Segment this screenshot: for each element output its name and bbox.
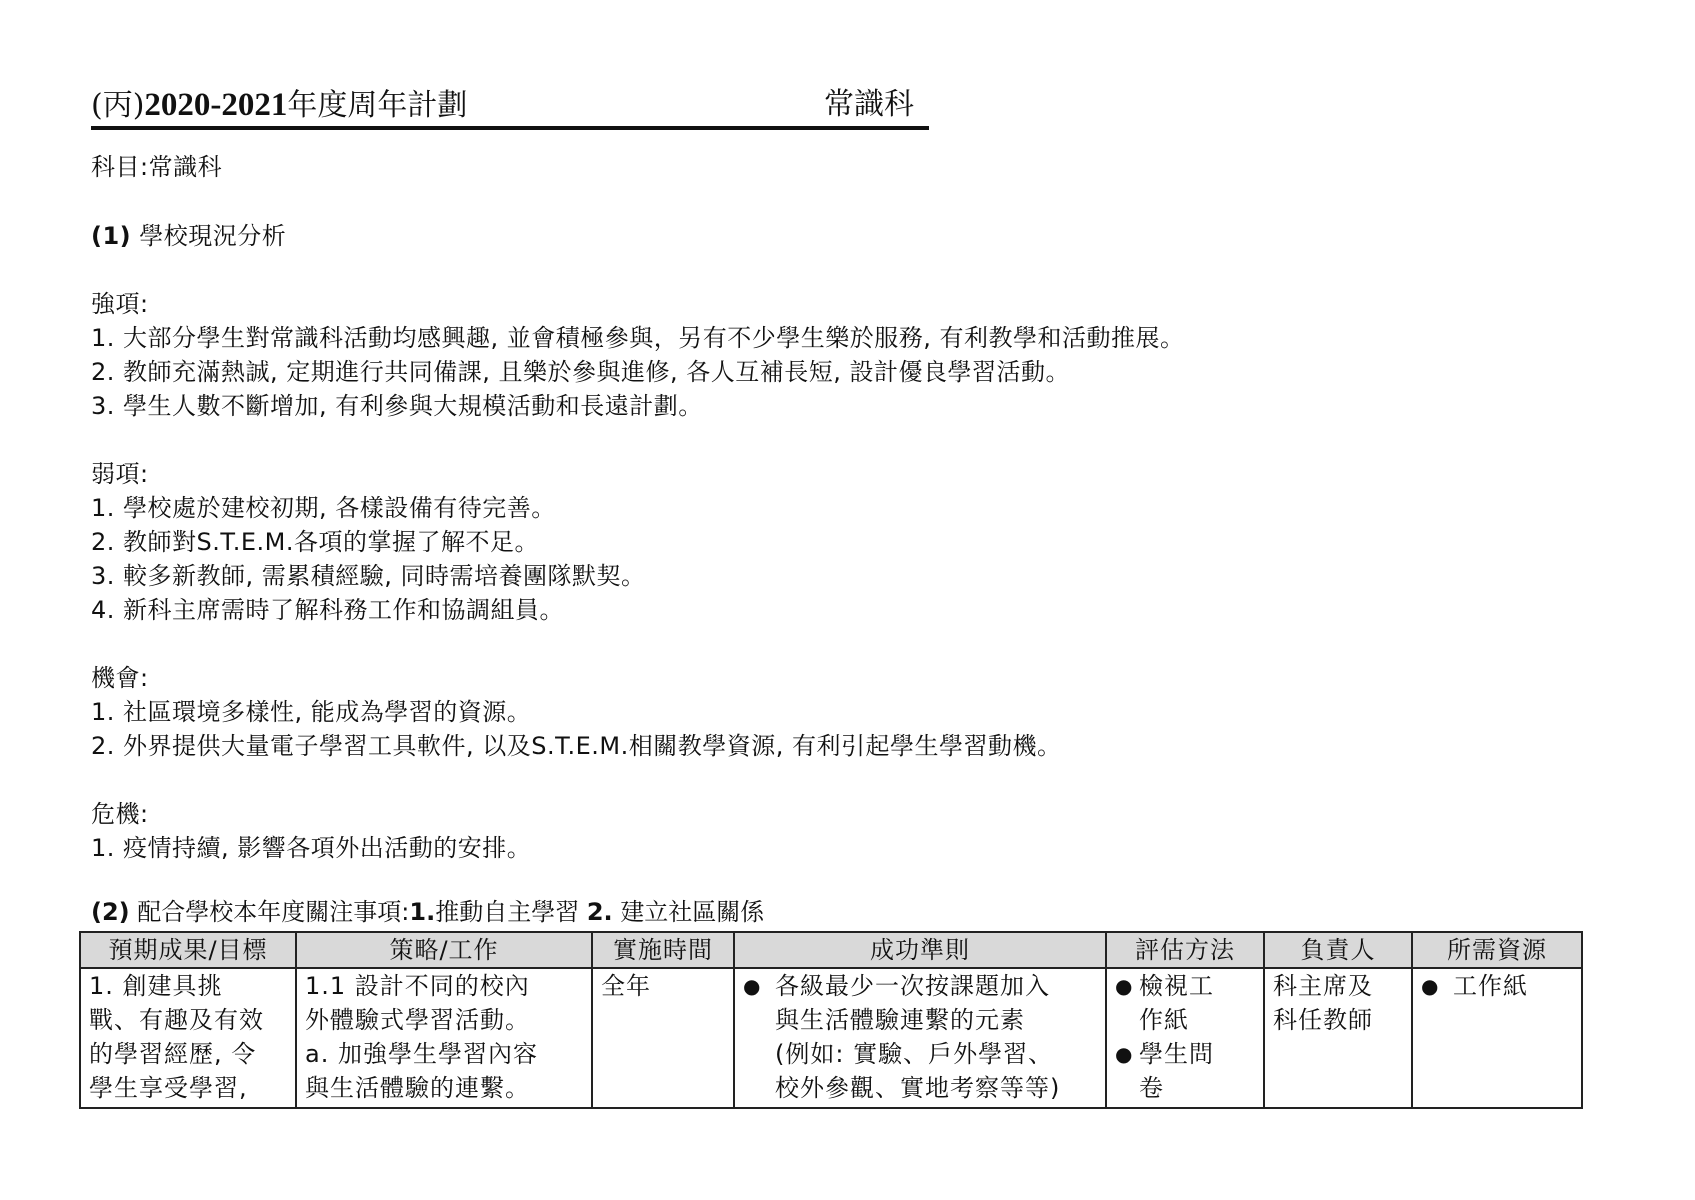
header-evaluation: 評估方法 [1106,932,1264,968]
header-criteria: 成功準則 [734,932,1106,968]
header-resources: 所需資源 [1412,932,1582,968]
header-responsible: 負責人 [1264,932,1412,968]
focus1-text: 推動自主學習 [435,898,579,926]
bullet-icon: ● [743,969,775,1003]
goal-line: 1. 創建具挑 [89,969,287,1003]
header-goal: 預期成果/目標 [80,932,296,968]
criteria-line: 與生活體驗連繫的元素 [775,1003,1097,1037]
resource-text: 工作紙 [1453,969,1573,1003]
weakness-item: 2. 教師對S.T.E.M.各項的掌握了解不足。 [91,526,539,558]
opportunity-item: 2. 外界提供大量電子學習工具軟件, 以及S.T.E.M.相關教學資源, 有利引… [91,730,1061,762]
evaluation-text: 檢視工 作紙 [1139,969,1255,1037]
bullet-icon: ● [1115,969,1139,1003]
resource-bullet-item: ● 工作紙 [1421,969,1573,1003]
evaluation-line: 檢視工 [1139,969,1255,1003]
cell-timeframe: 全年 [592,968,734,1108]
cell-goal: 1. 創建具挑 戰、有趣及有效 的學習經歷, 令 學生享受學習, [80,968,296,1108]
header-timeframe: 實施時間 [592,932,734,968]
table-row: 1. 創建具挑 戰、有趣及有效 的學習經歷, 令 學生享受學習, 1.1 設計不… [80,968,1582,1108]
strategy-line: 1.1 設計不同的校內 [305,969,583,1003]
weakness-item: 4. 新科主席需時了解科務工作和協調組員。 [91,594,564,626]
weaknesses-label: 弱項: [91,458,149,490]
subject-line: 科目:常識科 [91,151,222,183]
bullet-icon: ● [1421,969,1453,1003]
section1-title: 學校現況分析 [139,222,286,250]
section2-heading: (2) 配合學校本年度關注事項:1.推動自主學習 2. 建立社區關係 [91,896,764,928]
plan-table: 預期成果/目標 策略/工作 實施時間 成功準則 評估方法 負責人 所需資源 1.… [79,931,1583,1109]
title-plan: 年度周年計劃 [287,88,467,123]
strategy-line: 外體驗式學習活動。 [305,1003,583,1037]
criteria-line: 各級最少一次按課題加入 [775,969,1097,1003]
title-subject: 常識科 [824,84,914,126]
criteria-line: (例如: 實驗、戶外學習、 [775,1037,1097,1071]
evaluation-text: 學生問 卷 [1139,1037,1255,1105]
responsible-line: 科任教師 [1273,1003,1403,1037]
opportunity-item: 1. 社區環境多樣性, 能成為學習的資源。 [91,696,531,728]
opportunities-label: 機會: [91,662,149,694]
evaluation-line: 卷 [1139,1071,1255,1105]
strategy-line: 與生活體驗的連繫。 [305,1071,583,1105]
table-header-row: 預期成果/目標 策略/工作 實施時間 成功準則 評估方法 負責人 所需資源 [80,932,1582,968]
focus1-number: 1. [409,898,435,926]
strengths-label: 強項: [91,288,149,320]
cell-evaluation: ● 檢視工 作紙 ● 學生問 卷 [1106,968,1264,1108]
document-title: (丙)2020-2021年度周年計劃 常識科 [91,84,929,130]
threats-label: 危機: [91,798,149,830]
evaluation-line: 作紙 [1139,1003,1255,1037]
evaluation-bullet-item: ● 學生問 卷 [1115,1037,1255,1105]
responsible-line: 科主席及 [1273,969,1403,1003]
evaluation-bullet-item: ● 檢視工 作紙 [1115,969,1255,1037]
cell-criteria: ● 各級最少一次按課題加入 與生活體驗連繫的元素 (例如: 實驗、戶外學習、 校… [734,968,1106,1108]
cell-responsible: 科主席及 科任教師 [1264,968,1412,1108]
section2-title: 配合學校本年度關注事項: [137,898,409,926]
section1-number: (1) [91,222,131,250]
section2-number: (2) [91,898,130,926]
focus2-number: 2. [587,898,613,926]
focus2-text: 建立社區關係 [620,898,764,926]
bullet-icon: ● [1115,1037,1139,1071]
criteria-bullet-item: ● 各級最少一次按課題加入 與生活體驗連繫的元素 (例如: 實驗、戶外學習、 校… [743,969,1097,1105]
document-page: (丙)2020-2021年度周年計劃 常識科 科目:常識科 (1) 學校現況分析… [0,0,1695,1200]
weakness-item: 3. 較多新教師, 需累積經驗, 同時需培養團隊默契。 [91,560,646,592]
goal-line: 戰、有趣及有效 [89,1003,287,1037]
title-year: 2020-2021 [144,87,287,123]
header-strategy: 策略/工作 [296,932,592,968]
strength-item: 3. 學生人數不斷增加, 有利參與大規模活動和長遠計劃。 [91,390,703,422]
timeframe-value: 全年 [601,969,725,1003]
cell-strategy: 1.1 設計不同的校內 外體驗式學習活動。 a. 加強學生學習內容 與生活體驗的… [296,968,592,1108]
title-prefix: (丙) [91,88,144,123]
strategy-line: a. 加強學生學習內容 [305,1037,583,1071]
goal-line: 學生享受學習, [89,1071,287,1105]
criteria-text: 各級最少一次按課題加入 與生活體驗連繫的元素 (例如: 實驗、戶外學習、 校外參… [775,969,1097,1105]
weakness-item: 1. 學校處於建校初期, 各樣設備有待完善。 [91,492,556,524]
strength-item: 2. 教師充滿熱誠, 定期進行共同備課, 且樂於參與進修, 各人互補長短, 設計… [91,356,1070,388]
strength-item: 1. 大部分學生對常識科活動均感興趣, 並會積極參與，另有不少學生樂於服務, 有… [91,322,1185,354]
section1-heading: (1) 學校現況分析 [91,220,286,252]
criteria-line: 校外參觀、實地考察等等) [775,1071,1097,1105]
goal-line: 的學習經歷, 令 [89,1037,287,1071]
evaluation-line: 學生問 [1139,1037,1255,1071]
cell-resources: ● 工作紙 [1412,968,1582,1108]
threat-item: 1. 疫情持續, 影響各項外出活動的安排。 [91,832,531,864]
